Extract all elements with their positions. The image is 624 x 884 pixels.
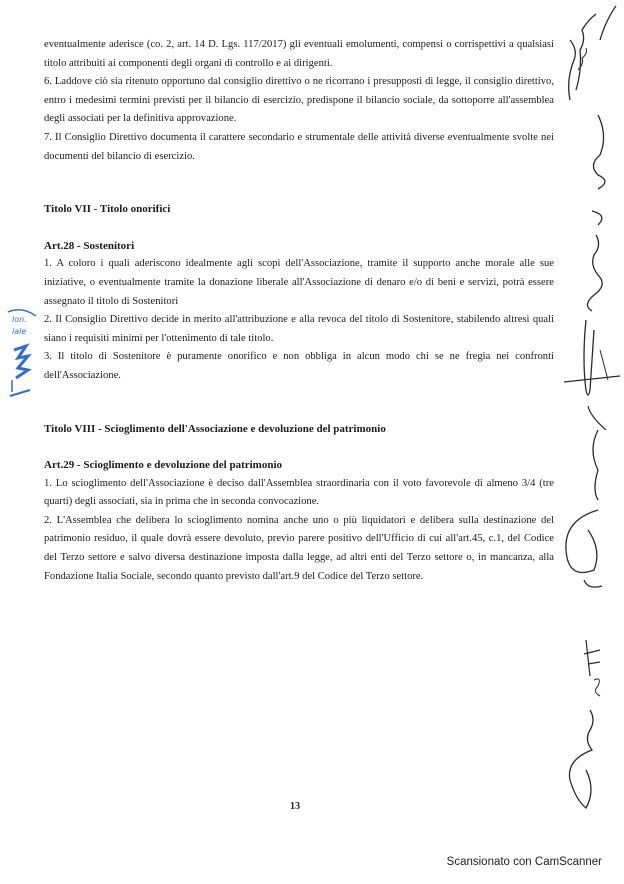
svg-text:iale: iale: [12, 327, 26, 336]
paragraph: 6. Laddove ciò sia ritenuto opportuno da…: [44, 73, 554, 129]
svg-text:lon.: lon.: [12, 315, 27, 324]
document-body: eventualmente aderisce (co. 2, art. 14 D…: [44, 36, 554, 586]
camscanner-watermark: Scansionato con CamScanner: [447, 856, 602, 868]
paragraph: 1. Lo scioglimento dell'Associazione è d…: [44, 475, 554, 512]
paragraph: eventualmente aderisce (co. 2, art. 14 D…: [44, 36, 554, 73]
scanned-page: eventualmente aderisce (co. 2, art. 14 D…: [0, 0, 624, 884]
section-title-vii: Titolo VII - Titolo onorifici: [44, 200, 554, 219]
signature-icon: [568, 115, 624, 315]
paragraph: 2. Il Consiglio Direttivo decide in meri…: [44, 311, 554, 348]
paragraph: 7. Il Consiglio Direttivo documenta il c…: [44, 129, 554, 166]
signature-icon: [560, 0, 624, 110]
signature-icon: [556, 640, 624, 810]
page-number: 13: [290, 801, 300, 812]
article-29-heading: Art.29 - Scioglimento e devoluzione del …: [44, 456, 554, 475]
stamp-icon: lon. iale: [4, 306, 44, 416]
signature-icon: [560, 320, 624, 430]
signature-icon: [558, 430, 624, 600]
section-title-viii: Titolo VIII - Scioglimento dell'Associaz…: [44, 420, 554, 439]
paragraph: 3. Il titolo di Sostenitore è puramente …: [44, 348, 554, 385]
paragraph: 1. A coloro i quali aderiscono idealment…: [44, 255, 554, 311]
article-28-heading: Art.28 - Sostenitori: [44, 237, 554, 256]
paragraph: 2. L'Assemblea che delibera lo scioglime…: [44, 512, 554, 586]
